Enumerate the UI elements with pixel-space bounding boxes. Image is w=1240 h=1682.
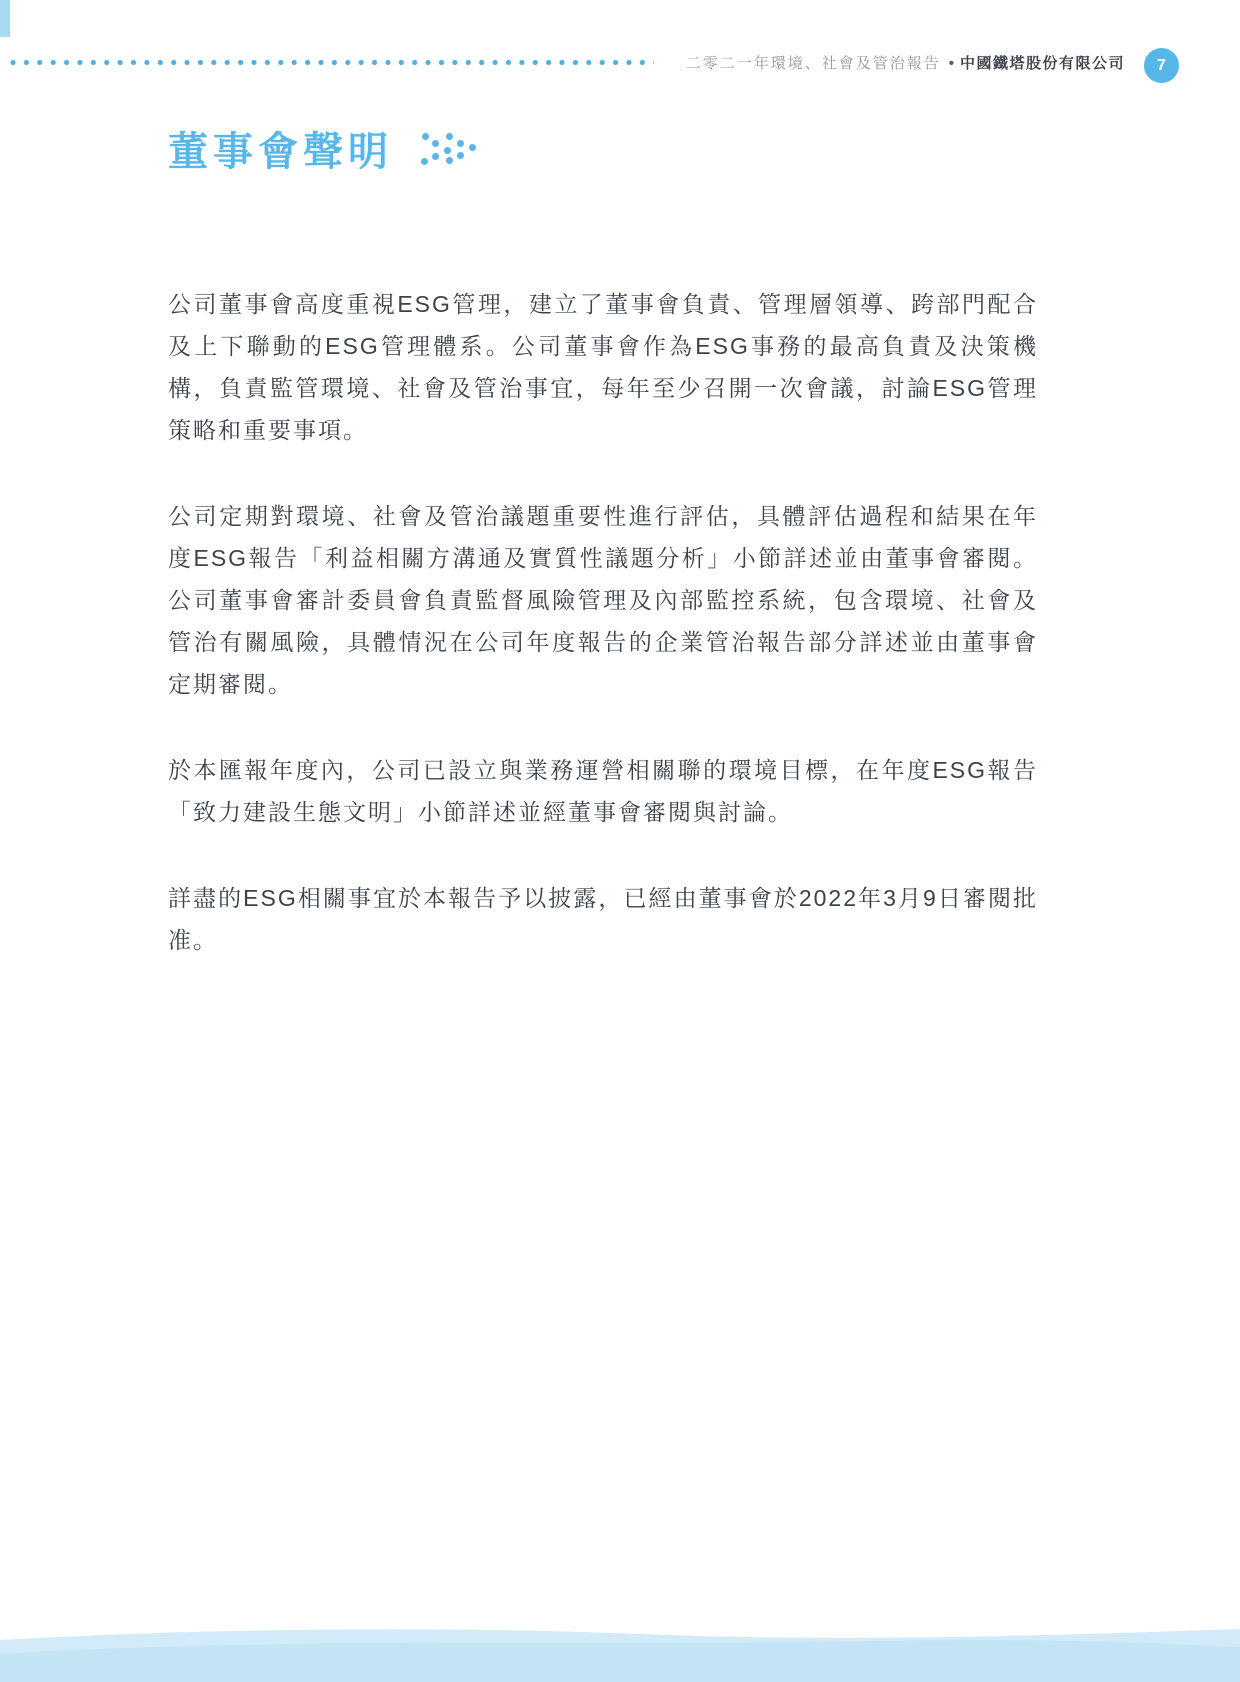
decoration-dot <box>446 133 453 140</box>
report-title: 二零二一年環境、社會及管治報告 <box>686 55 941 72</box>
title-dots-decoration <box>416 129 482 169</box>
decoration-dot <box>469 144 476 151</box>
wave-shape <box>0 1624 1240 1682</box>
header-text: 二零二一年環境、社會及管治報告•中國鐵塔股份有限公司 <box>686 54 1125 74</box>
body-content: 公司董事會高度重視ESG管理，建立了董事會負責、管理層領導、跨部門配合及上下聯動… <box>168 283 1038 961</box>
decoration-dot <box>432 153 439 160</box>
paragraph-materiality-assessment: 公司定期對環境、社會及管治議題重要性進行評估，具體評估過程和結果在年度ESG報告… <box>168 495 1038 705</box>
bottom-accent-band <box>0 1624 1240 1682</box>
section-title-row: 董事會聲明 <box>168 120 482 177</box>
decoration-dot <box>422 133 429 140</box>
paragraph-environmental-targets: 於本匯報年度內，公司已設立與業務運營相關聯的環境目標，在年度ESG報告「致力建設… <box>168 749 1038 833</box>
top-left-accent-bar <box>0 0 10 37</box>
decoration-dot <box>457 152 464 159</box>
section-title: 董事會聲明 <box>168 130 393 174</box>
paragraph-board-approval: 詳盡的ESG相關事宜於本報告予以披露，已經由董事會於2022年3月9日審閱批准。 <box>168 877 1038 961</box>
page-number-badge: 7 <box>1144 48 1179 83</box>
company-name: 中國鐵塔股份有限公司 <box>960 55 1125 72</box>
decoration-dot <box>446 157 453 164</box>
decoration-dot <box>432 140 439 147</box>
header-dotted-line <box>10 59 654 66</box>
decoration-dot <box>457 140 464 147</box>
report-page: 二零二一年環境、社會及管治報告•中國鐵塔股份有限公司 7 董事會聲明 公司董事會… <box>0 0 1240 1682</box>
decoration-dot <box>421 158 428 165</box>
decoration-dot <box>444 147 451 154</box>
paragraph-esg-governance: 公司董事會高度重視ESG管理，建立了董事會負責、管理層領導、跨部門配合及上下聯動… <box>168 283 1038 451</box>
header-separator-dot: • <box>949 55 954 72</box>
